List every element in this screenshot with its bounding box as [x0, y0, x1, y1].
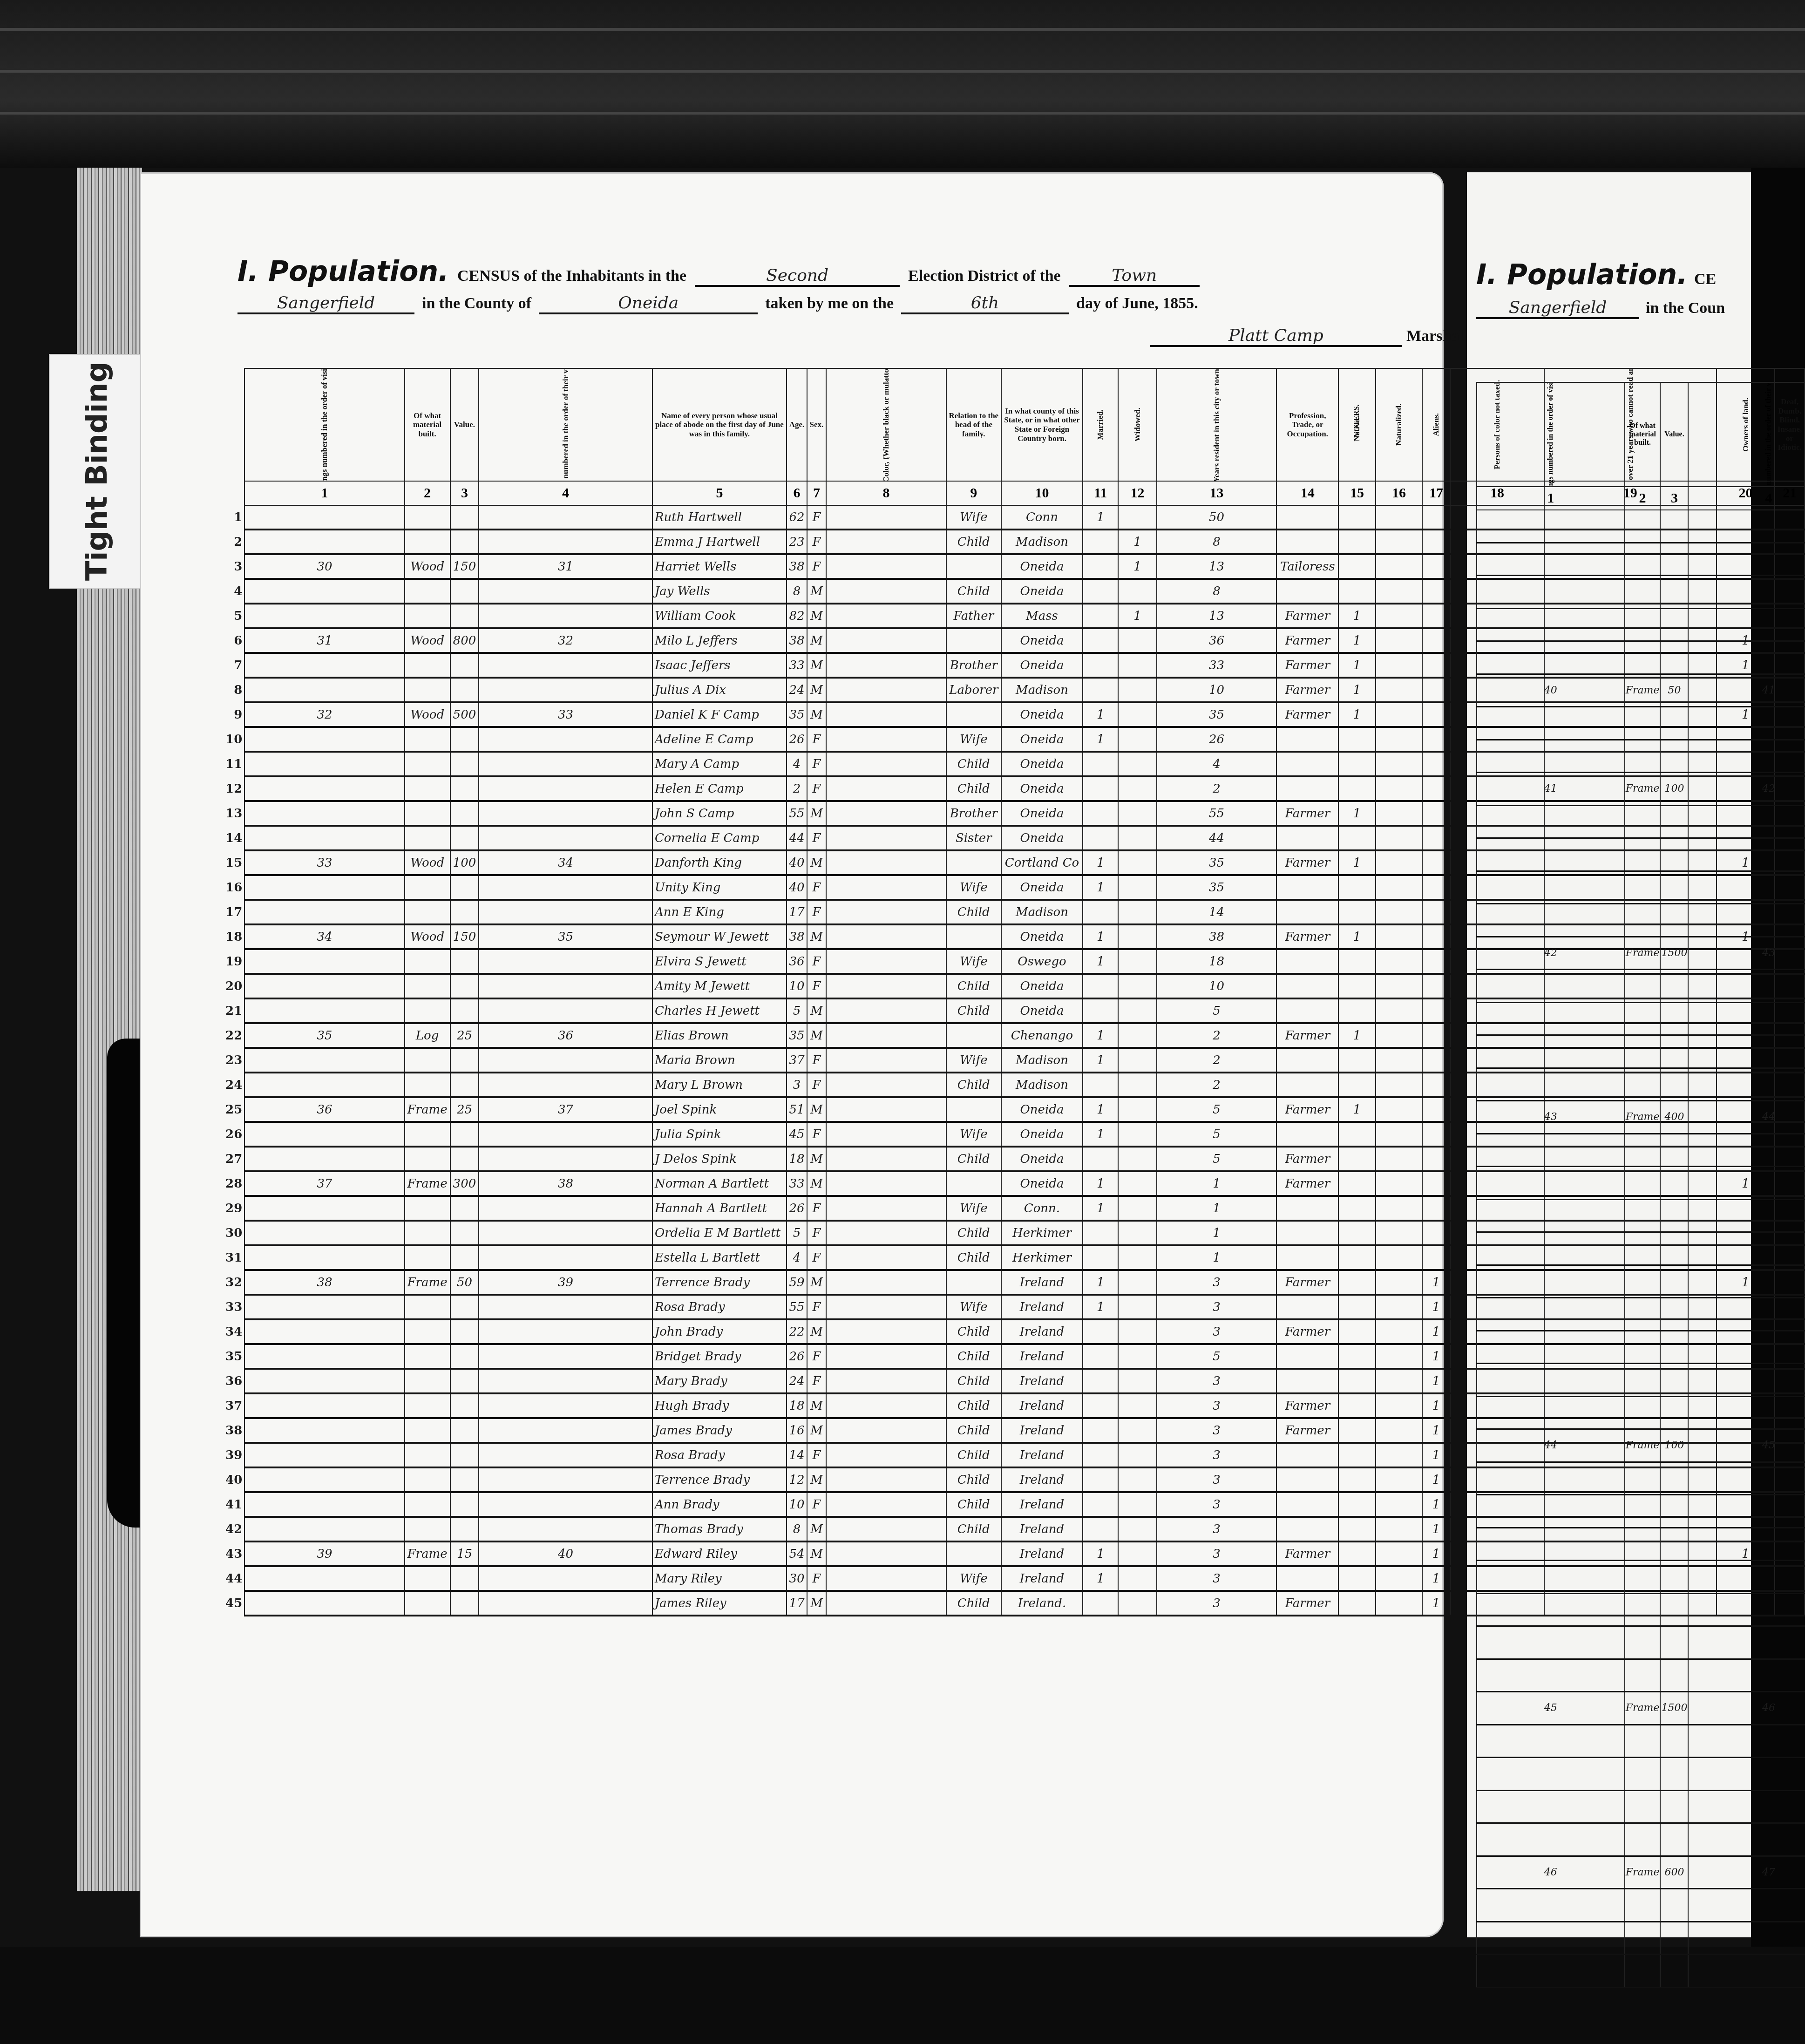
alien: [1422, 1048, 1450, 1073]
person-name: Julia Spink: [652, 1122, 787, 1147]
relation: Child: [946, 1418, 1001, 1443]
table-row: Ann: [1477, 1035, 1805, 1068]
voter-naturalized: [1376, 1517, 1422, 1541]
color: [826, 1073, 946, 1097]
occupation: [1276, 1122, 1338, 1147]
dwelling-value: [1660, 1068, 1688, 1101]
widowed: [1118, 678, 1157, 702]
line-number: 30: [224, 1221, 244, 1245]
dwelling-value: [1660, 576, 1688, 609]
sex: F: [807, 1221, 826, 1245]
building-material: Wood: [405, 628, 450, 653]
dwelling-value: [450, 1418, 479, 1443]
dwelling-number: [1477, 1823, 1625, 1856]
voter-naturalized: [1376, 554, 1422, 579]
person-name: Rosa Brady: [652, 1295, 787, 1319]
relation: Child: [946, 1319, 1001, 1344]
widowed: [1118, 1319, 1157, 1344]
occupation: [1276, 1196, 1338, 1221]
dwelling-value: 100: [1660, 773, 1688, 806]
relation: Child: [946, 1517, 1001, 1541]
birthplace: Oneida: [1001, 826, 1083, 850]
dwelling-value: 1500: [1660, 1692, 1688, 1725]
table-row: Jud: [1477, 871, 1805, 904]
scan-stripe: [0, 70, 1805, 73]
alien: 1: [1422, 1369, 1450, 1393]
building-material: [405, 1443, 450, 1467]
widowed: [1118, 776, 1157, 801]
color: [826, 998, 946, 1023]
voter-native: [1338, 1393, 1375, 1418]
building-material: [405, 1517, 450, 1541]
alien: [1422, 1196, 1450, 1221]
color: [826, 1023, 946, 1048]
person-name: Mary L Brown: [652, 1073, 787, 1097]
dwelling-value: [1660, 1265, 1688, 1298]
age: 17: [787, 900, 807, 924]
page-title: I. Population.: [237, 255, 449, 288]
building-material: [405, 505, 450, 530]
building-material: [405, 1196, 450, 1221]
dwelling-value: [450, 678, 479, 702]
alien: [1422, 1073, 1450, 1097]
voter-naturalized: [1376, 1541, 1422, 1566]
dwelling-number: [1477, 1298, 1625, 1331]
relation: Child: [946, 974, 1001, 998]
birthplace: Ireland: [1001, 1344, 1083, 1369]
widowed: [1118, 974, 1157, 998]
dwelling-value: 800: [450, 628, 479, 653]
alien: [1422, 949, 1450, 974]
married: [1083, 530, 1118, 554]
family-number: [479, 1566, 652, 1591]
table-row: Ma: [1477, 1626, 1805, 1659]
building-material: Frame: [1625, 773, 1661, 806]
voter-naturalized: [1376, 702, 1422, 727]
married: 1: [1083, 1048, 1118, 1073]
alien: [1422, 653, 1450, 678]
dwelling-value: [1660, 1725, 1688, 1758]
building-material: [1625, 838, 1661, 871]
col-number: 11: [1083, 481, 1118, 505]
age: 40: [787, 875, 807, 900]
relation: Child: [946, 530, 1001, 554]
occupation: Farmer: [1276, 1023, 1338, 1048]
voter-native: [1338, 1245, 1375, 1270]
building-material: [405, 1147, 450, 1171]
sex: F: [807, 1245, 826, 1270]
occupation: Farmer: [1276, 604, 1338, 628]
widowed: 1: [1118, 530, 1157, 554]
building-material: [405, 900, 450, 924]
building-material: Frame: [1625, 1856, 1661, 1889]
person-name: Jay Wells: [652, 579, 787, 604]
dwelling-value: [450, 1048, 479, 1073]
dwelling-number: [244, 974, 404, 998]
building-material: [1625, 1035, 1661, 1068]
age: 26: [787, 1344, 807, 1369]
building-material: Wood: [405, 554, 450, 579]
sex: M: [807, 678, 826, 702]
dwelling-number: [244, 653, 404, 678]
dwelling-value: [450, 900, 479, 924]
scan-stripe: [0, 28, 1805, 31]
col-number: 4: [479, 481, 652, 505]
line-number: 39: [224, 1443, 244, 1467]
alien: 1: [1422, 1443, 1450, 1467]
occupation: [1276, 900, 1338, 924]
line-number: 8: [224, 678, 244, 702]
building-material: [1625, 1265, 1661, 1298]
widowed: [1118, 752, 1157, 776]
dwelling-number: [244, 998, 404, 1023]
age: 24: [787, 1369, 807, 1393]
age: 22: [787, 1319, 807, 1344]
person-name: Helen E Camp: [652, 776, 787, 801]
building-material: [1625, 1561, 1661, 1594]
dwelling-value: 400: [1660, 1101, 1688, 1134]
dwelling-number: [244, 949, 404, 974]
table-row: Sa: [1477, 1495, 1805, 1528]
building-material: [1625, 805, 1661, 838]
person-name: Emma J Hartwell: [652, 530, 787, 554]
years-resident: 18: [1157, 949, 1276, 974]
table-row: 42Frame150043Wil: [1477, 937, 1805, 970]
voter-naturalized: [1376, 1245, 1422, 1270]
alien: [1422, 776, 1450, 801]
color: [826, 678, 946, 702]
dwelling-number: [244, 1147, 404, 1171]
col-number: 1: [1477, 487, 1625, 510]
years-resident: 3: [1157, 1517, 1276, 1541]
voter-native: [1338, 752, 1375, 776]
dwelling-number: 32: [244, 702, 404, 727]
color: [826, 1147, 946, 1171]
dwelling-value: [1660, 1462, 1688, 1495]
sex: M: [807, 1418, 826, 1443]
birthplace: Oneida: [1001, 628, 1083, 653]
dwelling-value: [1660, 1758, 1688, 1791]
building-material: Frame: [1625, 1101, 1661, 1134]
table-row: Wil: [1477, 1068, 1805, 1101]
voter-native: [1338, 1171, 1375, 1196]
building-material: [405, 949, 450, 974]
family-number: [479, 1221, 652, 1245]
table-row: Tham: [1477, 641, 1805, 674]
person-name: Seymour W Jewett: [652, 924, 787, 949]
family-number: [1688, 1199, 1805, 1232]
voter-native: [1338, 1295, 1375, 1319]
birthplace: Ireland: [1001, 1295, 1083, 1319]
col-number: 2: [405, 481, 450, 505]
married: [1083, 801, 1118, 826]
occupation: Farmer: [1276, 702, 1338, 727]
person-name: Estella L Bartlett: [652, 1245, 787, 1270]
next-page-town-field: Sangerfield: [1476, 298, 1639, 319]
dwelling-number: [244, 1221, 404, 1245]
married: 1: [1083, 702, 1118, 727]
building-material: [1625, 1495, 1661, 1528]
family-number: 39: [479, 1270, 652, 1295]
county-label: in the County of: [422, 295, 531, 312]
election-district-field: Second: [695, 266, 900, 287]
family-number: 36: [479, 1023, 652, 1048]
years-resident: 5: [1157, 1344, 1276, 1369]
building-material: [405, 1122, 450, 1147]
voter-naturalized: [1376, 826, 1422, 850]
age: 4: [787, 752, 807, 776]
dwelling-number: [1477, 1495, 1625, 1528]
years-resident: 1: [1157, 1196, 1276, 1221]
dwelling-value: [1660, 1561, 1688, 1594]
building-material: [405, 604, 450, 628]
dwelling-number: [244, 801, 404, 826]
voter-naturalized: [1376, 579, 1422, 604]
line-number: 17: [224, 900, 244, 924]
family-number: [479, 752, 652, 776]
years-resident: 3: [1157, 1541, 1276, 1566]
dwelling-value: [450, 776, 479, 801]
family-number: [1688, 1626, 1805, 1659]
birthplace: Ireland: [1001, 1566, 1083, 1591]
family-number: [479, 1443, 652, 1467]
building-material: [1625, 1396, 1661, 1429]
widowed: [1118, 505, 1157, 530]
table-row: 43Frame40044Hor: [1477, 1101, 1805, 1134]
dwelling-value: [1660, 1134, 1688, 1167]
dwelling-number: [244, 1418, 404, 1443]
line-number: 35: [224, 1344, 244, 1369]
alien: 1: [1422, 1492, 1450, 1517]
dwelling-value: [1660, 543, 1688, 576]
dwelling-number: [244, 776, 404, 801]
birthplace: Oneida: [1001, 752, 1083, 776]
married: [1083, 1369, 1118, 1393]
line-number: 18: [224, 924, 244, 949]
birthplace: Ireland.: [1001, 1591, 1083, 1616]
table-row: Emi: [1477, 904, 1805, 937]
dwelling-number: [244, 1122, 404, 1147]
dwelling-value: [1660, 1331, 1688, 1364]
col-number: 10: [1001, 481, 1083, 505]
family-number: [479, 1295, 652, 1319]
line-number: 45: [224, 1591, 244, 1616]
widowed: [1118, 1295, 1157, 1319]
building-material: [1625, 707, 1661, 740]
line-number: 41: [224, 1492, 244, 1517]
age: 18: [787, 1393, 807, 1418]
voter-native: [1338, 1467, 1375, 1492]
occupation: [1276, 1467, 1338, 1492]
table-row: 45Frame150046Am: [1477, 1692, 1805, 1725]
occupation: [1276, 1492, 1338, 1517]
widowed: [1118, 1591, 1157, 1616]
age: 40: [787, 850, 807, 875]
color: [826, 1196, 946, 1221]
table-row: Herb: [1477, 1396, 1805, 1429]
birthplace: Oneida: [1001, 727, 1083, 752]
voter-native: [1338, 1541, 1375, 1566]
tight-binding-label: Tight Binding: [49, 354, 144, 589]
years-resident: 3: [1157, 1319, 1276, 1344]
relation: Father: [946, 604, 1001, 628]
building-material: [1625, 1167, 1661, 1200]
line-number: 12: [224, 776, 244, 801]
family-number: [1688, 1790, 1805, 1823]
dwelling-number: 43: [1477, 1101, 1625, 1134]
table-row: An: [1477, 1659, 1805, 1692]
building-material: [1625, 1790, 1661, 1823]
widowed: [1118, 1270, 1157, 1295]
sex: F: [807, 530, 826, 554]
day-field: 6th: [901, 293, 1069, 314]
color: [826, 1245, 946, 1270]
dwelling-number: 33: [244, 850, 404, 875]
sex: M: [807, 604, 826, 628]
sex: M: [807, 702, 826, 727]
dwelling-value: [1660, 1396, 1688, 1429]
family-number: [479, 1196, 652, 1221]
scan-stripe: [0, 112, 1805, 115]
relation: Child: [946, 1221, 1001, 1245]
color: [826, 505, 946, 530]
age: 10: [787, 1492, 807, 1517]
dwelling-number: [244, 1467, 404, 1492]
table-row: 41Frame10042Rens: [1477, 773, 1805, 806]
next-page-census-label: CE: [1694, 271, 1716, 288]
line-number: 4: [224, 579, 244, 604]
birthplace: Oneida: [1001, 998, 1083, 1023]
years-resident: 33: [1157, 653, 1276, 678]
widowed: [1118, 998, 1157, 1023]
sex: F: [807, 505, 826, 530]
dwelling-number: [244, 505, 404, 530]
line-number: 23: [224, 1048, 244, 1073]
census-header-line-1: I. Population. CENSUS of the Inhabitants…: [237, 255, 1200, 288]
col-number: 17: [1422, 481, 1450, 505]
dwelling-number: [244, 900, 404, 924]
building-material: [405, 1048, 450, 1073]
occupation: Farmer: [1276, 801, 1338, 826]
color: [826, 727, 946, 752]
sex: F: [807, 875, 826, 900]
table-row: Agne: [1477, 1002, 1805, 1035]
sex: M: [807, 924, 826, 949]
married: 1: [1083, 1566, 1118, 1591]
table-row: Wil: [1477, 608, 1805, 641]
building-material: [405, 1245, 450, 1270]
person-name: Elias Brown: [652, 1023, 787, 1048]
years-resident: 4: [1157, 752, 1276, 776]
voter-naturalized: [1376, 1295, 1422, 1319]
family-number: [1688, 1955, 1805, 1988]
dwelling-value: [450, 505, 479, 530]
voter-naturalized: [1376, 1393, 1422, 1418]
widowed: [1118, 579, 1157, 604]
age: 33: [787, 653, 807, 678]
table-row: Mary: [1477, 1134, 1805, 1167]
line-number: 28: [224, 1171, 244, 1196]
birthplace: Madison: [1001, 530, 1083, 554]
line-number: 33: [224, 1295, 244, 1319]
line-number: 37: [224, 1393, 244, 1418]
dwelling-value: 1500: [1660, 937, 1688, 970]
person-name: Bridget Brady: [652, 1344, 787, 1369]
alien: 1: [1422, 1319, 1450, 1344]
building-material: [405, 974, 450, 998]
line-number: 25: [224, 1097, 244, 1122]
next-page-header-line-2: Sangerfield in the Coun: [1476, 298, 1725, 319]
dwelling-number: 34: [244, 924, 404, 949]
married: 1: [1083, 875, 1118, 900]
voter-native: [1338, 900, 1375, 924]
alien: 1: [1422, 1541, 1450, 1566]
voter-native: 1: [1338, 604, 1375, 628]
dwelling-value: [450, 530, 479, 554]
line-number: 16: [224, 875, 244, 900]
col-header-17: Aliens.: [1422, 368, 1450, 481]
person-name: Joel Spink: [652, 1097, 787, 1122]
years-resident: 3: [1157, 1418, 1276, 1443]
family-number: [1688, 871, 1805, 904]
age: 38: [787, 628, 807, 653]
line-number: 31: [224, 1245, 244, 1270]
col-number: 1: [244, 481, 404, 505]
family-number: [479, 998, 652, 1023]
age: 36: [787, 949, 807, 974]
married: 1: [1083, 1270, 1118, 1295]
alien: [1422, 1245, 1450, 1270]
line-number: 13: [224, 801, 244, 826]
relation: Child: [946, 752, 1001, 776]
voter-native: [1338, 974, 1375, 998]
occupation: [1276, 727, 1338, 752]
relation: Wife: [946, 505, 1001, 530]
years-resident: 1: [1157, 1245, 1276, 1270]
color: [826, 1467, 946, 1492]
dwelling-value: [450, 1591, 479, 1616]
occupation: Farmer: [1276, 1393, 1338, 1418]
color: [826, 1541, 946, 1566]
age: 59: [787, 1270, 807, 1295]
voter-naturalized: [1376, 1418, 1422, 1443]
family-number: [1688, 970, 1805, 1003]
alien: [1422, 604, 1450, 628]
col-number: 12: [1118, 481, 1157, 505]
family-number: [479, 530, 652, 554]
years-resident: 2: [1157, 1073, 1276, 1097]
person-name: Mary Brady: [652, 1369, 787, 1393]
building-material: [405, 998, 450, 1023]
occupation: Farmer: [1276, 1270, 1338, 1295]
dwelling-number: [1477, 1331, 1625, 1364]
col-header-14: Profession, Trade, or Occupation.: [1276, 368, 1338, 481]
widowed: [1118, 1492, 1157, 1517]
relation: Child: [946, 900, 1001, 924]
sex: M: [807, 1023, 826, 1048]
color: [826, 1591, 946, 1616]
years-resident: 8: [1157, 530, 1276, 554]
line-number: 34: [224, 1319, 244, 1344]
dwelling-number: [1477, 805, 1625, 838]
building-material: [1625, 543, 1661, 576]
alien: 1: [1422, 1270, 1450, 1295]
dwelling-value: [450, 1196, 479, 1221]
voter-native: 1: [1338, 1097, 1375, 1122]
dwelling-value: [450, 1369, 479, 1393]
dwelling-value: 50: [1660, 674, 1688, 707]
dwelling-number: [1477, 838, 1625, 871]
